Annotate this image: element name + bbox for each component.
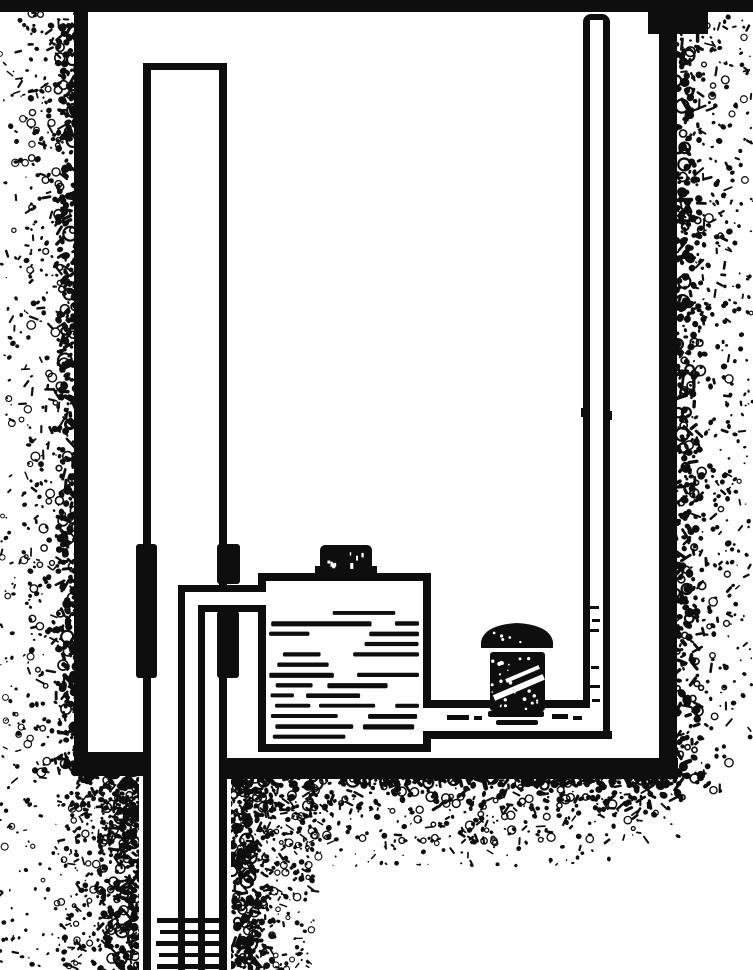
earth-speckle	[63, 18, 70, 20]
earth-speckle	[104, 879, 110, 883]
riser-water-tick	[592, 619, 600, 622]
suction-pipe-left-wall	[178, 585, 185, 970]
pump-speckle	[491, 660, 494, 663]
tank-water-dash	[276, 683, 313, 687]
diagram-canvas	[0, 0, 753, 970]
casing-top-edge	[143, 63, 227, 70]
outlet-flow-mark	[573, 716, 582, 720]
cap-knurl-mark	[327, 561, 330, 564]
earth-speckle	[696, 202, 707, 205]
pump-speckle	[536, 702, 538, 704]
outlet-bottom-line	[428, 731, 612, 739]
outlet-flow-mark	[447, 715, 469, 720]
pump-speckle	[504, 704, 507, 707]
pump-speckle	[500, 704, 502, 706]
technical-diagram	[0, 0, 753, 970]
earth-speckle	[127, 936, 130, 942]
earth-speckle	[127, 897, 134, 905]
pit-left-wall	[74, 12, 88, 776]
earth-speckle	[690, 738, 693, 746]
tank-water-dash	[275, 724, 353, 729]
earth-speckle	[692, 376, 696, 389]
earth-speckle	[86, 823, 88, 826]
casing-right-wall	[219, 63, 227, 970]
tank-water-dash	[319, 704, 375, 708]
pit-right-wall	[659, 12, 677, 779]
pump-speckle	[519, 641, 521, 643]
earth-speckle	[35, 74, 37, 77]
pump-speckle	[514, 692, 516, 694]
suction-pipe-right-wall	[198, 612, 205, 970]
casing-left-wall	[143, 63, 151, 970]
riser-right-wall	[603, 22, 610, 739]
riser-top-bore	[590, 20, 603, 32]
pump-speckle	[491, 691, 493, 693]
tank-water-dash	[368, 714, 417, 719]
earth-speckle	[30, 547, 32, 556]
pump-speckle	[535, 668, 536, 669]
earth-speckle	[31, 300, 37, 306]
cap-plug	[320, 545, 372, 570]
earth-speckle	[725, 701, 727, 710]
earth-speckle	[97, 922, 99, 927]
tank-water-dash	[353, 652, 419, 656]
tank-water-dash	[365, 642, 419, 646]
pump-speckle	[519, 657, 522, 660]
tank-water-dash	[273, 735, 346, 739]
earth-speckle	[692, 400, 696, 409]
well-water-line	[160, 930, 222, 934]
pump-speckle	[527, 657, 530, 660]
earth-speckle	[27, 43, 33, 46]
tank-water-dash	[271, 714, 338, 718]
pump-speckle	[499, 673, 501, 675]
well-water-line	[159, 953, 223, 957]
tank-filler-cap	[315, 545, 377, 575]
earth-speckle	[704, 557, 707, 567]
tank-water-dash	[275, 704, 310, 708]
pump-speckle	[533, 694, 536, 697]
outlet-flow-mark	[474, 716, 482, 720]
riser-left-wall	[583, 22, 590, 702]
seal-band-right-lower	[217, 611, 239, 678]
pump-speckle	[508, 636, 511, 639]
pump-speckle	[531, 702, 534, 705]
tank-water-dash	[271, 693, 294, 697]
earth-speckle	[716, 247, 718, 254]
surface-corner-blob	[648, 0, 708, 34]
suction-elbow-bore	[185, 592, 267, 605]
earth-speckle	[702, 173, 704, 181]
tank-water-dash	[269, 632, 309, 636]
outlet-flow-mark	[496, 720, 538, 725]
cap-knurl-mark	[361, 553, 363, 557]
cap-knurl-mark	[350, 563, 353, 569]
pump-speckle	[509, 681, 513, 685]
earth-speckle	[293, 892, 295, 897]
earth-speckle	[639, 798, 641, 806]
tank-water-dash	[283, 652, 321, 656]
pump-speckle	[504, 698, 507, 701]
earth-speckle	[63, 692, 69, 698]
suction-elbow-bottom	[198, 605, 266, 612]
riser-joint-nub	[608, 411, 612, 420]
earth-speckle	[233, 885, 236, 891]
well-water-line	[157, 918, 223, 923]
well-water-line	[156, 941, 224, 946]
earth-speckle	[40, 425, 42, 433]
pump-speckle	[500, 661, 504, 665]
outlet-flow-mark	[552, 714, 568, 719]
cap-knurl-mark	[332, 563, 335, 568]
tank-water-dash	[277, 663, 328, 667]
seal-band-left	[136, 544, 157, 678]
riser-joint-nub	[581, 408, 585, 417]
pump-unit	[481, 623, 553, 711]
pit-floor-right	[224, 758, 678, 779]
earth-speckle	[263, 825, 266, 830]
tank-water-dash	[395, 704, 419, 708]
earth-speckle	[300, 923, 304, 927]
earth-speckle	[499, 779, 505, 782]
ground-surface-bar	[0, 0, 753, 12]
pit-floor-left	[74, 752, 146, 776]
seal-band-right-upper	[217, 544, 240, 584]
earth-speckle	[55, 691, 58, 701]
tank-water-dash	[395, 621, 419, 625]
suction-elbow-top	[178, 585, 266, 592]
pump-speckle	[507, 669, 509, 671]
riser-water-tick	[591, 666, 599, 669]
tank-water-dash	[306, 693, 360, 698]
pump-speckle	[501, 638, 504, 641]
earth-speckle	[264, 914, 266, 920]
pump-speckle	[493, 632, 496, 635]
riser-water-tick	[590, 685, 600, 688]
pump-speckle	[536, 699, 538, 701]
tank-water-dash	[363, 724, 414, 729]
pump-speckle	[508, 664, 510, 666]
pump-speckle	[523, 697, 527, 701]
tank-water-dash	[269, 673, 334, 678]
earth-speckle	[507, 783, 510, 789]
pump-speckle	[527, 689, 530, 692]
pump-speckle	[491, 683, 494, 686]
earth-speckle	[82, 932, 85, 935]
earth-speckle	[467, 852, 469, 859]
earth-speckle	[327, 800, 329, 804]
riser-water-tick	[590, 606, 599, 609]
earth-speckle	[13, 325, 15, 332]
pump-speckle	[525, 708, 528, 711]
earth-speckle	[722, 340, 725, 344]
cap-knurl-mark	[356, 556, 358, 561]
outlet-flow-mark	[488, 711, 544, 717]
tank-water-dash	[327, 683, 387, 688]
riser-water-tick	[590, 629, 599, 632]
pump-speckle	[500, 634, 503, 637]
pump-speckle	[499, 680, 502, 683]
tank-water-dash	[369, 632, 419, 637]
earth-speckle	[60, 389, 70, 393]
earth-speckle	[3, 99, 5, 102]
tank-water-dash	[333, 611, 396, 615]
earth-speckle	[294, 938, 302, 940]
riser-water-tick	[592, 699, 600, 702]
tank-water-dash	[271, 621, 371, 626]
cap-knurl-mark	[350, 552, 351, 555]
well-water-line	[157, 964, 223, 969]
tank-water-dash	[357, 673, 419, 677]
